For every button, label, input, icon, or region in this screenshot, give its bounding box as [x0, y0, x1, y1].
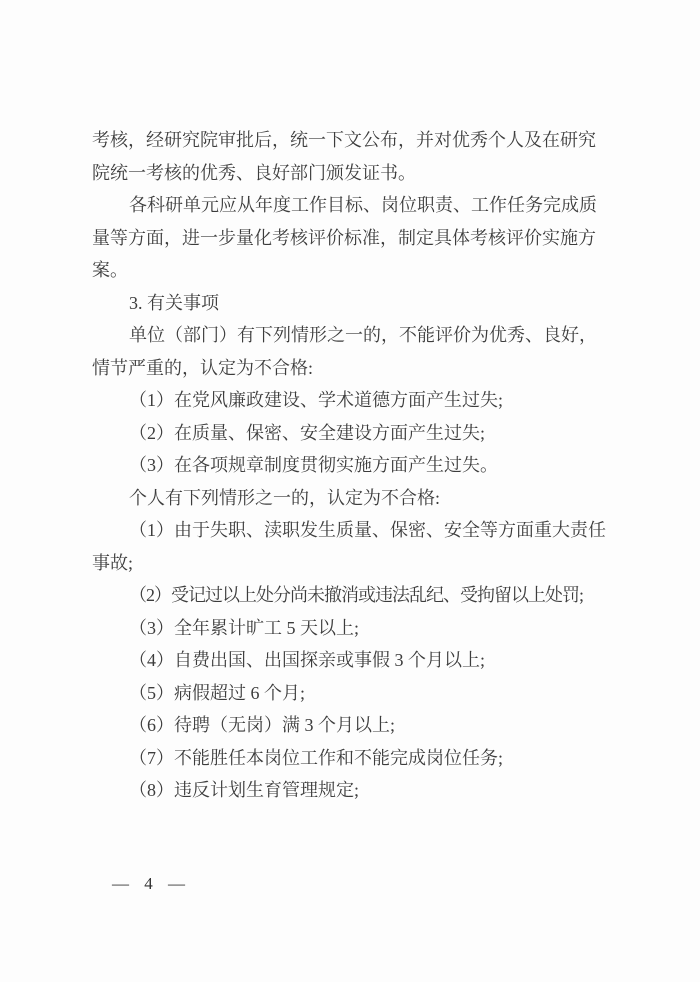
document-page: 考核，经研究院审批后，统一下文公布，并对优秀个人及在研究 院统一考核的优秀、良好… — [0, 0, 700, 982]
doc-line: 各科研单元应从年度工作目标、岗位职责、工作任务完成质 — [92, 189, 608, 222]
doc-list-item: （2）在质量、保密、安全建设方面产生过失; — [92, 417, 608, 450]
doc-list-item: （6）待聘（无岗）满 3 个月以上; — [92, 709, 608, 742]
doc-line: 考核，经研究院审批后，统一下文公布，并对优秀个人及在研究 — [92, 124, 608, 157]
doc-line: 案。 — [92, 254, 608, 287]
doc-list-item: （1）由于失职、渎职发生质量、保密、安全等方面重大责任 — [92, 514, 608, 547]
doc-list-item: （3）在各项规章制度贯彻实施方面产生过失。 — [92, 449, 608, 482]
doc-line: 院统一考核的优秀、良好部门颁发证书。 — [92, 157, 608, 190]
doc-list-item: （7）不能胜任本岗位工作和不能完成岗位任务; — [92, 742, 608, 775]
doc-section-heading: 3. 有关事项 — [92, 287, 608, 320]
doc-line: 量等方面，进一步量化考核评价标准，制定具体考核评价实施方 — [92, 222, 608, 255]
doc-list-item: （5）病假超过 6 个月; — [92, 677, 608, 710]
doc-line: 事故; — [92, 547, 608, 580]
doc-list-item: （8）违反计划生育管理规定; — [92, 774, 608, 807]
document-body: 考核，经研究院审批后，统一下文公布，并对优秀个人及在研究 院统一考核的优秀、良好… — [92, 124, 608, 807]
doc-line: 情节严重的，认定为不合格: — [92, 352, 608, 385]
doc-list-item: （2）受记过以上处分尚未撤消或违法乱纪、受拘留以上处罚; — [92, 579, 608, 612]
doc-list-item: （1）在党风廉政建设、学术道德方面产生过失; — [92, 384, 608, 417]
page-number: — 4 — — [112, 874, 186, 894]
doc-line: 单位（部门）有下列情形之一的，不能评价为优秀、良好， — [92, 319, 608, 352]
doc-list-item: （3）全年累计旷工 5 天以上; — [92, 612, 608, 645]
doc-list-item: （4）自费出国、出国探亲或事假 3 个月以上; — [92, 644, 608, 677]
doc-line: 个人有下列情形之一的，认定为不合格: — [92, 482, 608, 515]
